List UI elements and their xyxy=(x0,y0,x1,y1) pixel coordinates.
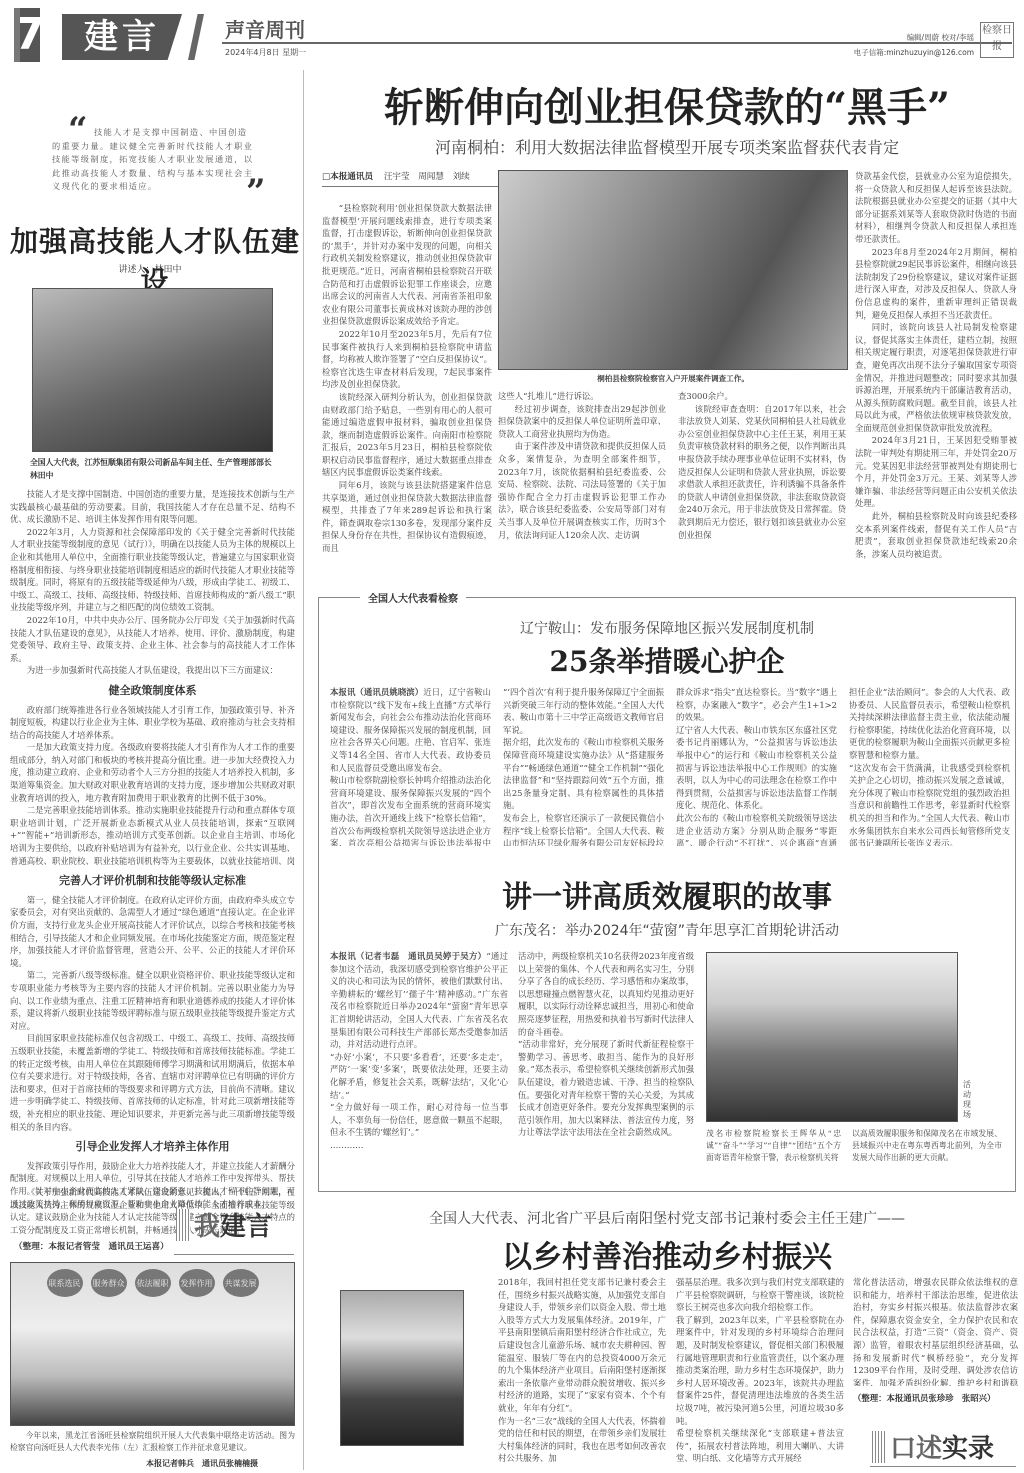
article2-col2: “‘四个首次’有利于提升服务保障辽宁全面振兴新突破三年行动的整体效能。”全国人大… xyxy=(503,686,664,846)
banner-badge: 发挥作用 xyxy=(179,1269,215,1297)
paragraph: 2023年8月至2024年2月期间，桐柏县检察院就29起民事诉讼案件，相继向该县… xyxy=(855,246,1017,322)
badge-light: 口述 xyxy=(890,1434,942,1464)
paragraph: 此外，桐柏县检察院及时向该县纪委移交本系列案件线索，督促有关工作人员“吉肥责”，… xyxy=(855,510,1017,560)
portrait-photo-lin-tianzhong xyxy=(32,288,273,452)
paragraph: 2022年10月至2023年5月，先后有7位民事案件被执行人来到桐柏县检察院申请… xyxy=(322,328,492,391)
article1-col2: 这些人“扎堆儿”进行诉讼。 经过初步调查，该院排查出29起涉创业担保贷款案中的反… xyxy=(498,390,666,580)
subhead-article-3: 广东茂名：举办2024年“萤窗”青年思享汇首期轮讲活动 xyxy=(318,920,1016,940)
editor-credits: 编辑/周蔚 校对/李瑶 xyxy=(907,32,974,43)
article2-col3: 群众诉求“指尖”直达检察长。当“数字”遇上检察，办案融入“数字”，必会产生1+1… xyxy=(676,686,837,846)
article4-col2: 强基层治理。我多次到与我们村党支部联建的广平县检察院调研，与检察干警座谈，该院检… xyxy=(676,1276,844,1472)
kicker-article-2: 辽宁鞍山：发布服务保障地区振兴发展制度机制 xyxy=(318,618,1016,638)
page-number-bar xyxy=(14,8,20,62)
banner-badges: 联系选民 服务群众 依法履职 发挥作用 共谋发展 xyxy=(11,1269,294,1297)
banner-badge: 依法履职 xyxy=(135,1269,171,1297)
issue-date: 2024年4月8日 星期一 xyxy=(225,47,306,58)
column-divider xyxy=(303,70,304,1470)
article4-credit: （整理：本报通讯员张珍珍 张昭兴） xyxy=(853,1392,1018,1404)
byline-label: □本报通讯员 xyxy=(322,172,373,182)
paragraph: 政府部门统筹推进各行业各领域技能人才引育工作，加强政策引导、补齐制度短板，构建以… xyxy=(10,704,295,742)
contact-email: 电子信箱:minzhuzuyin@126.com xyxy=(854,47,974,58)
badge-bold: 建言 xyxy=(220,1212,272,1242)
paragraph: 查3000余户。 xyxy=(678,390,846,403)
article3-after-photo-left: 茂名市检察院检察长王辉华从“忠诚”“奋斗”“学习”“自律”“团结”五个方面寄语青… xyxy=(706,1128,841,1164)
kicker-article-4: 全国人大代表、河北省广平县后南阳堡村党支部书记兼村委会主任王建广—— xyxy=(310,1208,1024,1228)
paragraph: 该院经审查查明：自2017年以来，社会非法放贷人刘某、党某伙同桐柏县人社局就业办… xyxy=(678,403,846,542)
close-quote-icon: ” xyxy=(246,172,266,212)
portrait-photo-wang-jianguang xyxy=(340,1290,464,1446)
badge-rule xyxy=(174,1254,294,1255)
paragraph: 目前国家职业技能标准仅包含初级工、中级工、高级工、技师、高级技师五级职业技能，未… xyxy=(10,1032,295,1133)
photo-side-label: 活动现场 xyxy=(963,1080,973,1120)
column-text: 近日，辽宁省鞍山市检察院以“线下发布+线上直播”方式举行新闻发布会，向社会公布推… xyxy=(330,687,491,846)
paragraph: “县检察院利用‘创业担保贷款大数据法律监督模型’开展问题线索排查，进行专项类案监… xyxy=(322,202,492,328)
headline-article-4: 以乡村善治推动乡村振兴 xyxy=(310,1232,1024,1276)
article4-col1: 2018年，我回村担任党支部书记兼村委会主任，围绕乡村振兴战略实施，从加强党支部… xyxy=(498,1276,666,1472)
koushu-badge: 口述实录 xyxy=(872,1428,994,1465)
paragraph: 一是加大政策支持力度。各级政府要将技能人才引育作为人才工作的重要组成部分，纳入对… xyxy=(10,741,295,804)
section-heading: 完善人才评价机制和技能等级认定标准 xyxy=(10,875,295,888)
badge-stripes xyxy=(176,1209,190,1241)
headline-article-2: 25条举措暖心护企 xyxy=(318,640,1016,680)
column-text: “通过参加这个活动，我深切感受到检察官维护公平正义的决心和司法为民的情怀，被他们… xyxy=(330,951,508,1150)
photo-prosecutors-visit xyxy=(498,170,848,370)
section-tag: 建言 xyxy=(62,14,182,60)
article2-columns: 本报讯（通讯员姚晓滨）近日，辽宁省鞍山市检察院以“线下发布+线上直播”方式举行新… xyxy=(330,686,1010,846)
paragraph: 第二，完善新八级等级标准。健全以职业资格评价、职业技能等级认定和专项职业能力考核… xyxy=(10,969,295,1032)
paragraph: 同年6月，该院与该县法院搭建案件信息共享渠道，通过创业担保贷款大数据法律监督模型… xyxy=(322,479,492,555)
article2-col4: 担任企业“法治顾问”。参会的人大代表、政协委员、人民监督员表示，希望鞍山检察机关… xyxy=(849,686,1010,846)
section-heading: 引导企业发挥人才培养主体作用 xyxy=(10,1141,295,1154)
subhead-article-1: 河南桐柏：利用大数据法律监督模型开展专项类案监督获代表肯定 xyxy=(310,135,1024,158)
column-title: 声音周刊 xyxy=(225,14,305,43)
lead-label: 本报讯（记者韦磊 通讯员吴婷于吴方） xyxy=(330,951,486,961)
paragraph: 2024年3月21日，王某因犯受贿罪被法院一审判处有期徒刑三年，并处罚金20万元… xyxy=(855,434,1017,510)
header-rule xyxy=(222,42,1012,44)
left-article-body: 技能人才是支撑中国制造、中国创造的重要力量，是连接技术创新与生产实践最核心最基础… xyxy=(10,488,295,1210)
paragraph: 经过初步调查，该院排查出29起涉创业担保贷款案中的反担保人单位证明所盖印章、贷款… xyxy=(498,403,666,441)
paragraph: 第一，健全技能人才评价制度。在政府认定评价方面，由政府牵头成立专家委员会，对有突… xyxy=(10,894,295,970)
speaker-line: 讲述人：林田中 xyxy=(0,262,300,275)
lead-label: 本报讯（通讯员姚晓滨） xyxy=(330,687,423,697)
caption-text: 今年以来，黑龙江省汤旺县检察院组织开展人大代表集中联络走访活动。图为检察官向汤旺… xyxy=(10,1430,295,1453)
paragraph: 贷款基金代偿，县就业办公室为追偿损失，将一众贷款人和反担保人起诉至该县法院。法院… xyxy=(855,170,1017,246)
jianyan-badge: 我建言 xyxy=(176,1206,272,1243)
paragraph: 该院经深入研判分析认为，创业担保贷款由财政部门给予贴息，一些别有用心的人很可能通… xyxy=(322,391,492,479)
article4-col3: 常化普法活动，增强农民群众依法维权的意识和能力，培养村干部法治思维，促进依法治村… xyxy=(853,1276,1018,1386)
badge-stripes xyxy=(872,1431,886,1463)
article1-col1: “县检察院利用‘创业担保贷款大数据法律监督模型’开展问题线索排查，进行专项类案监… xyxy=(322,202,492,582)
paragraph: 2022年10月，中共中央办公厅、国务院办公厅印发《关于加强新时代高技能人才队伍… xyxy=(10,614,295,664)
bottom-photo-credit: 本报记者韩兵 通讯员张楠楠摄 xyxy=(146,1458,258,1469)
paragraph: 由于案件涉及申请贷款和提供反担保人员众多，案情复杂，为查明全部案件细节，2023… xyxy=(498,440,666,541)
badge-text: 我建言 xyxy=(194,1206,272,1243)
banner-badge: 服务群众 xyxy=(91,1269,127,1297)
paragraph: 二是完善职业技能培训体系。推动实施职业技能提升行动和重点群体专项职业培训计划，广… xyxy=(10,804,295,867)
portrait-caption: 全国人大代表，江苏恒顺集团有限公司新品车间主任、生产管理部部长 林田中 xyxy=(30,456,280,482)
badge-bold: 实录 xyxy=(942,1434,994,1464)
newspaper-logo: 检察日报 xyxy=(980,22,1014,58)
photo-caption-article-1: 桐柏县检察院检察官入户开展案件调查工作。 xyxy=(498,373,848,384)
box-label: 全国人大代表看检察 xyxy=(360,590,466,605)
headline-article-1: 斩断伸向创业担保贷款的“黑手” xyxy=(310,76,1024,133)
article3-after-photo-right: 以高质效履职服务和保障茂名在市域发展、县域振兴中走在粤东粤西粤北前列，为全市发展… xyxy=(852,1128,1002,1164)
paragraph: 这些人“扎堆儿”进行诉讼。 xyxy=(498,390,666,403)
paragraph: 技能人才是支撑中国制造、中国创造的重要力量，是连接技术创新与生产实践最核心最基础… xyxy=(10,488,295,526)
paragraph: 同时，该院向该县人社局制发检察建议，督促其落实主体责任，建档立制，按照相关规定履… xyxy=(855,321,1017,434)
paragraph: 2022年3月，人力资源和社会保障部印发的《关于健全完善新时代技能人才职业技能等… xyxy=(10,526,295,614)
bottom-photo-caption: 今年以来，黑龙江省汤旺县检察院组织开展人大代表集中联络走访活动。图为检察官向汤旺… xyxy=(10,1430,295,1453)
section-heading: 健全政策制度体系 xyxy=(10,685,295,698)
article1-col3: 查3000余户。 该院经审查查明：自2017年以来，社会非法放贷人刘某、党某伙同… xyxy=(678,390,846,580)
photo-event-scene xyxy=(706,952,958,1122)
article3-col2: 活动中，两级检察机关10名获得2023年度省级以上荣誉的集体、个人代表和两名实习… xyxy=(518,950,694,1172)
badge-rule xyxy=(870,1466,1016,1467)
left-credit: （整理：本报记者管莹 通讯员王运喜） xyxy=(14,1240,169,1252)
article2-col1: 本报讯（通讯员姚晓滨）近日，辽宁省鞍山市检察院以“线下发布+线上直播”方式举行新… xyxy=(330,686,491,846)
banner-badge: 共谋发展 xyxy=(223,1269,259,1297)
paragraph: 为进一步加强新时代高技能人才队伍建设，我提出以下三方面建议： xyxy=(10,664,295,677)
header-slash-decoration xyxy=(188,14,204,60)
headline-article-3: 讲一讲高质效履职的故事 xyxy=(318,872,1016,916)
pull-quote: 技能人才是支撑中国制造、中国创造的重要力量。建议健全完善新时代技能人才职业技能等… xyxy=(52,126,254,194)
banner-badge: 联系选民 xyxy=(47,1269,83,1297)
article1-col4: 贷款基金代偿，县就业办公室为追偿损失，将一众贷款人和反担保人起诉至该县法院。法院… xyxy=(855,170,1017,580)
badge-light: 我 xyxy=(194,1212,220,1242)
article3-col1: 本报讯（记者韦磊 通讯员吴婷于吴方）“通过参加这个活动，我深切感受到检察官维护公… xyxy=(330,950,508,1172)
badge-text: 口述实录 xyxy=(890,1428,994,1465)
bottom-photo-visit: 联系选民 服务群众 依法履职 发挥作用 共谋发展 xyxy=(10,1262,295,1426)
byline-article-1: □本报通讯员 汪宇莹 周闻慧 刘续 xyxy=(322,171,502,187)
byline-names: 汪宇莹 周闻慧 刘续 xyxy=(384,172,470,182)
